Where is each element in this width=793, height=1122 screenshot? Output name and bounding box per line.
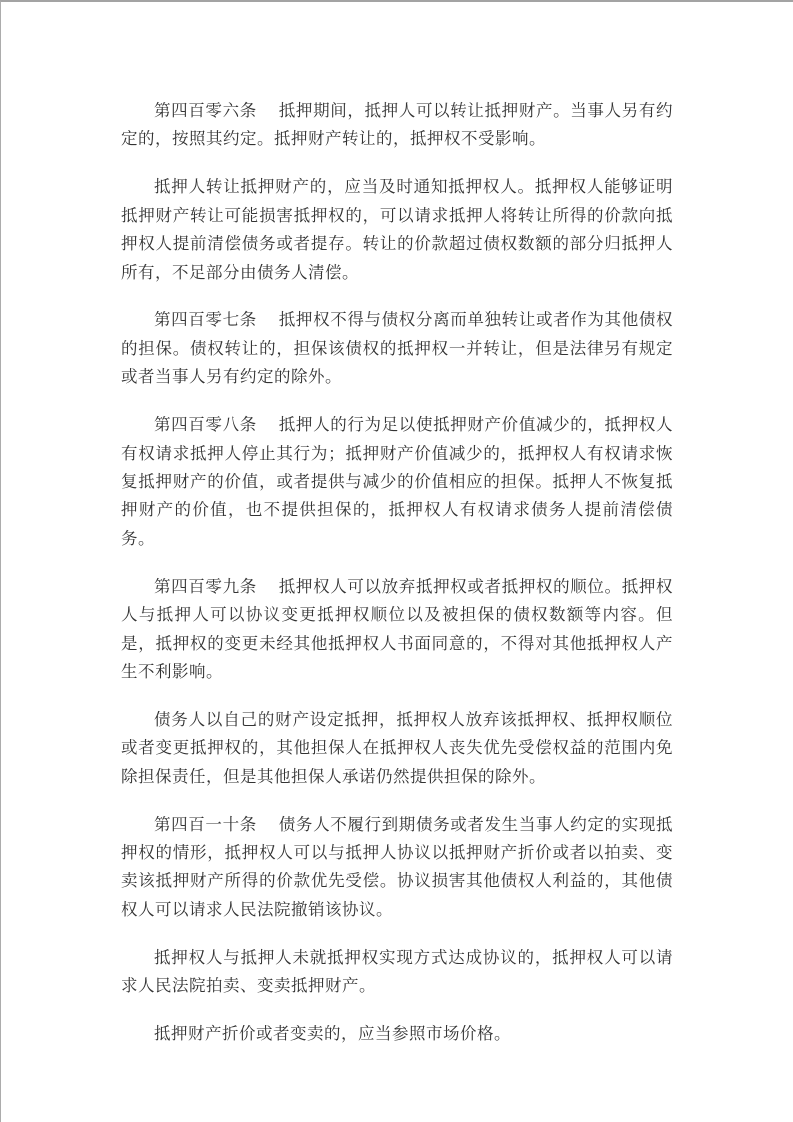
article-410-clause-1: 第四百一十条 债务人不履行到期债务或者发生当事人约定的实现抵押权的情形，抵押权人… — [121, 811, 673, 925]
article-406-clause-2: 抵押人转让抵押财产的，应当及时通知抵押权人。抵押权人能够证明抵押财产转让可能损害… — [121, 173, 673, 287]
article-409-clause-1: 第四百零九条 抵押权人可以放弃抵押权或者抵押权的顺位。抵押权人与抵押人可以协议变… — [121, 573, 673, 687]
article-407: 第四百零七条 抵押权不得与债权分离而单独转让或者作为其他债权的担保。债权转让的，… — [121, 306, 673, 391]
document-body: 第四百零六条 抵押期间，抵押人可以转让抵押财产。当事人另有约定的，按照其约定。抵… — [1, 2, 793, 1048]
article-410-clause-3: 抵押财产折价或者变卖的，应当参照市场价格。 — [121, 1020, 673, 1048]
article-410-clause-2: 抵押权人与抵押人未就抵押权实现方式达成协议的，抵押权人可以请求人民法院拍卖、变卖… — [121, 944, 673, 1001]
document-page: 第四百零六条 抵押期间，抵押人可以转让抵押财产。当事人另有约定的，按照其约定。抵… — [0, 0, 793, 1122]
article-408: 第四百零八条 抵押人的行为足以使抵押财产价值减少的，抵押权人有权请求抵押人停止其… — [121, 411, 673, 553]
article-409-clause-2: 债务人以自己的财产设定抵押，抵押权人放弃该抵押权、抵押权顺位或者变更抵押权的，其… — [121, 706, 673, 791]
article-406-clause-1: 第四百零六条 抵押期间，抵押人可以转让抵押财产。当事人另有约定的，按照其约定。抵… — [121, 97, 673, 154]
